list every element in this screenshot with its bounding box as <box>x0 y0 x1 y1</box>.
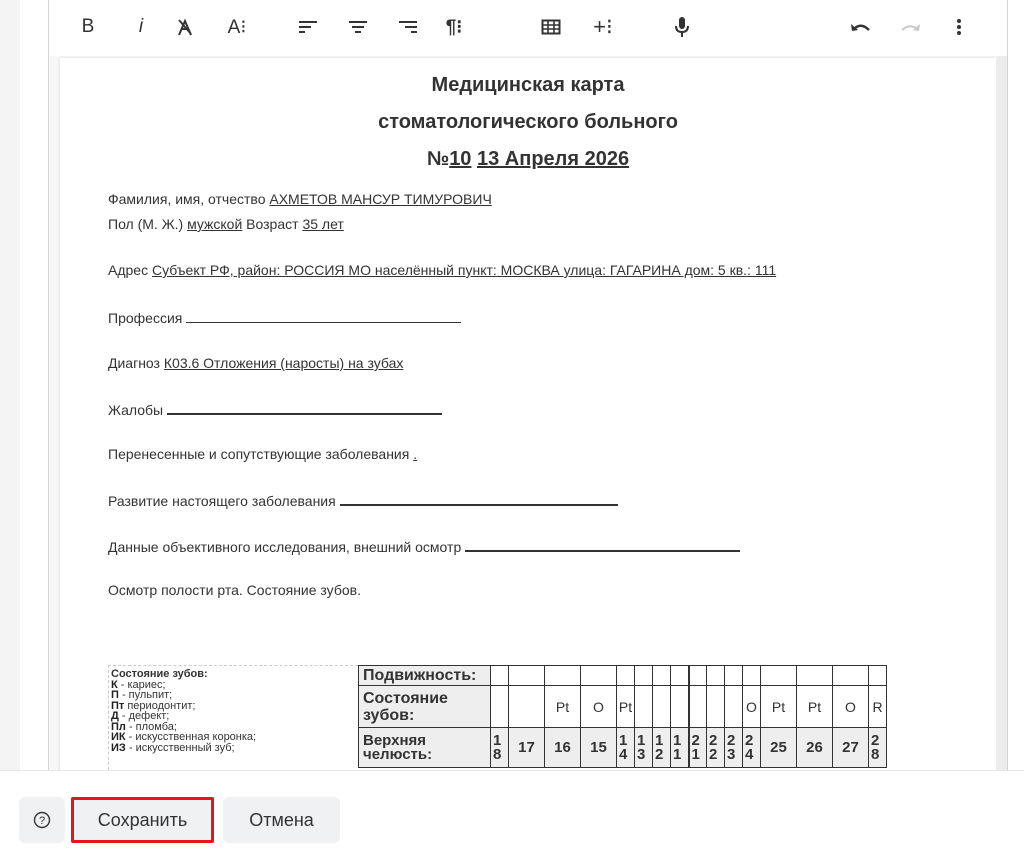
tooth-number-cell: 15 <box>581 728 617 768</box>
clear-format-icon <box>176 18 194 36</box>
upper-jaw-label: Верхняя челюсть: <box>359 728 491 768</box>
state-cell[interactable] <box>509 686 545 728</box>
align-left-button[interactable] <box>297 14 319 40</box>
legend-code: ИЗ <box>111 742 126 754</box>
state-cell[interactable] <box>491 686 509 728</box>
objective-line: Данные объективного исследования, внешни… <box>108 538 740 555</box>
state-cell[interactable] <box>725 686 743 728</box>
tooth-number-cell: 12 <box>653 728 671 768</box>
align-right-button[interactable] <box>397 14 419 40</box>
sex-label: Пол (М. Ж.) <box>108 216 183 232</box>
development-label: Развитие настоящего заболевания <box>108 493 336 509</box>
age-value: 35 лет <box>302 216 343 232</box>
mobility-cell[interactable] <box>491 666 509 686</box>
state-cell[interactable]: Pt <box>617 686 635 728</box>
state-cell[interactable] <box>671 686 689 728</box>
redo-button[interactable] <box>898 14 922 40</box>
mobility-cell[interactable] <box>707 666 725 686</box>
mobility-cell[interactable] <box>743 666 761 686</box>
legend-item: ИК - искусственная коронка; <box>111 732 358 743</box>
teeth-table: Подвижность: Состояние зубов: PtOPtOPtPt… <box>358 665 887 768</box>
document-page[interactable]: Медицинская карта стоматологического бол… <box>60 58 996 770</box>
mobility-row: Подвижность: <box>359 666 887 686</box>
undo-button[interactable] <box>849 14 873 40</box>
tooth-number-cell: 26 <box>797 728 833 768</box>
tooth-number-cell: 27 <box>833 728 869 768</box>
font-size-button[interactable]: A⁝ <box>223 14 251 40</box>
sex-value: мужской <box>187 216 242 232</box>
tooth-number-cell: 25 <box>761 728 797 768</box>
insert-button[interactable]: +⁝ <box>590 14 616 40</box>
state-cell[interactable]: O <box>743 686 761 728</box>
svg-text:?: ? <box>39 815 45 827</box>
diseases-label: Перенесенные и сопутствующие заболевания <box>108 446 409 462</box>
mobility-cell[interactable] <box>617 666 635 686</box>
more-vertical-icon <box>956 18 962 36</box>
more-button[interactable] <box>953 14 965 40</box>
legend-title: Состояние зубов: <box>111 669 358 680</box>
tooth-number-cell: 22 <box>707 728 725 768</box>
italic-icon: i <box>139 16 143 38</box>
microphone-icon <box>674 16 690 38</box>
state-cell[interactable]: R <box>869 686 887 728</box>
redo-icon <box>899 20 921 34</box>
legend-items: К - кариес;П - пульпит;Пт периодонтит;Д … <box>111 680 358 754</box>
card-date: 13 Апреля 2026 <box>477 148 629 170</box>
mobility-cell[interactable] <box>797 666 833 686</box>
fio-value: АХМЕТОВ МАНСУР ТИМУРОВИЧ <box>269 191 491 207</box>
help-icon: ? <box>33 811 51 829</box>
number-prefix: № <box>427 148 449 170</box>
tooth-number-cell: 24 <box>743 728 761 768</box>
mobility-cell[interactable] <box>833 666 869 686</box>
paragraph-button[interactable]: ¶⁝ <box>441 14 467 40</box>
document-title-line2: стоматологического больного <box>60 111 996 134</box>
legend-item: ИЗ - искусственный зуб; <box>111 743 358 754</box>
mobility-cell[interactable] <box>653 666 671 686</box>
mobility-cell[interactable] <box>635 666 653 686</box>
left-gutter <box>0 0 20 770</box>
complaints-blank <box>167 401 442 415</box>
mobility-cell[interactable] <box>545 666 581 686</box>
mobility-cell[interactable] <box>761 666 797 686</box>
help-button[interactable]: ? <box>19 797 65 843</box>
bold-icon: B <box>82 16 95 38</box>
mobility-cell[interactable] <box>725 666 743 686</box>
dialog-footer: ? Сохранить Отмена <box>0 770 1024 857</box>
mobility-cell[interactable] <box>869 666 887 686</box>
sex-age-line: Пол (М. Ж.) мужской Возраст 35 лет <box>108 216 344 232</box>
mobility-cell[interactable] <box>509 666 545 686</box>
font-size-icon: A⁝ <box>228 16 247 39</box>
diseases-line: Перенесенные и сопутствующие заболевания… <box>108 446 417 462</box>
mobility-cell[interactable] <box>689 666 707 686</box>
tooth-number-cell: 18 <box>491 728 509 768</box>
card-number: 10 <box>449 148 471 170</box>
legend-item: Д - дефект; <box>111 711 358 722</box>
document-title-line1: Медицинская карта <box>60 74 996 97</box>
state-cell[interactable]: O <box>581 686 617 728</box>
document-number-date: №10 13 Апреля 2026 <box>60 148 996 171</box>
align-right-icon <box>398 19 418 35</box>
mobility-label: Подвижность: <box>359 666 491 686</box>
state-row: Состояние зубов: PtOPtOPtPtOR <box>359 686 887 728</box>
insert-icon: +⁝ <box>593 14 613 40</box>
address-label: Адрес <box>108 262 148 278</box>
state-cell[interactable]: Pt <box>761 686 797 728</box>
tooth-number-cell: 28 <box>869 728 887 768</box>
address-value: Субъект РФ, район: РОССИЯ МО населённый … <box>152 262 776 278</box>
state-cell[interactable] <box>653 686 671 728</box>
clear-format-button[interactable] <box>174 14 196 40</box>
tooth-number-cell: 11 <box>671 728 689 768</box>
table-button[interactable] <box>540 14 562 40</box>
complaints-label: Жалобы <box>108 402 163 418</box>
tooth-number-cell: 17 <box>509 728 545 768</box>
age-label: Возраст <box>246 216 298 232</box>
state-cell[interactable]: O <box>833 686 869 728</box>
diagnosis-value: К03.6 Отложения (наросты) на зубах <box>164 355 404 371</box>
oral-exam-label: Осмотр полости рта. Состояние зубов. <box>108 582 361 598</box>
state-cell[interactable]: Pt <box>797 686 833 728</box>
complaints-line: Жалобы <box>108 401 442 418</box>
microphone-button[interactable] <box>673 14 691 40</box>
save-button[interactable]: Сохранить <box>71 797 214 843</box>
objective-blank <box>465 538 740 552</box>
profession-blank <box>186 309 461 323</box>
fio-line: Фамилия, имя, отчество АХМЕТОВ МАНСУР ТИ… <box>108 191 492 207</box>
tooth-number-cell: 16 <box>545 728 581 768</box>
align-center-icon <box>348 19 368 35</box>
mobility-cell[interactable] <box>581 666 617 686</box>
state-cell[interactable]: Pt <box>545 686 581 728</box>
italic-button[interactable]: i <box>133 14 149 40</box>
diagnosis-label: Диагноз <box>108 355 160 371</box>
paragraph-icon: ¶⁝ <box>446 16 463 39</box>
tooth-number-cell: 13 <box>635 728 653 768</box>
bold-button[interactable]: B <box>77 14 99 40</box>
tooth-number-cell: 23 <box>725 728 743 768</box>
state-cell[interactable] <box>707 686 725 728</box>
undo-icon <box>850 20 872 34</box>
address-line: Адрес Субъект РФ, район: РОССИЯ МО насел… <box>108 262 776 278</box>
upper-jaw-row: Верхняя челюсть: 18171615141312112122232… <box>359 728 887 768</box>
align-center-button[interactable] <box>347 14 369 40</box>
tooth-number-cell: 14 <box>617 728 635 768</box>
legend-item: П - пульпит; <box>111 690 358 701</box>
profession-line: Профессия <box>108 309 461 326</box>
objective-label: Данные объективного исследования, внешни… <box>108 539 461 555</box>
state-cell[interactable] <box>635 686 653 728</box>
profession-label: Профессия <box>108 310 182 326</box>
state-label: Состояние зубов: <box>359 686 491 728</box>
development-blank <box>340 492 618 506</box>
teeth-state-legend: Состояние зубов: К - кариес;П - пульпит;… <box>108 665 358 770</box>
mobility-cell[interactable] <box>671 666 689 686</box>
fio-label: Фамилия, имя, отчество <box>108 191 265 207</box>
diseases-value: . <box>413 446 417 462</box>
table-icon <box>541 19 561 35</box>
scrollbar-track[interactable] <box>997 56 1007 770</box>
align-left-icon <box>298 19 318 35</box>
state-cell[interactable] <box>689 686 707 728</box>
cancel-button[interactable]: Отмена <box>223 797 340 843</box>
oral-exam-line: Осмотр полости рта. Состояние зубов. <box>108 582 361 598</box>
document-scroll-area[interactable]: Медицинская карта стоматологического бол… <box>49 56 1007 770</box>
editor-toolbar: B i A⁝ ¶⁝ +⁝ <box>49 0 1007 56</box>
diagnosis-line: Диагноз К03.6 Отложения (наросты) на зуб… <box>108 355 403 371</box>
tooth-number-cell: 21 <box>689 728 707 768</box>
development-line: Развитие настоящего заболевания <box>108 492 618 509</box>
